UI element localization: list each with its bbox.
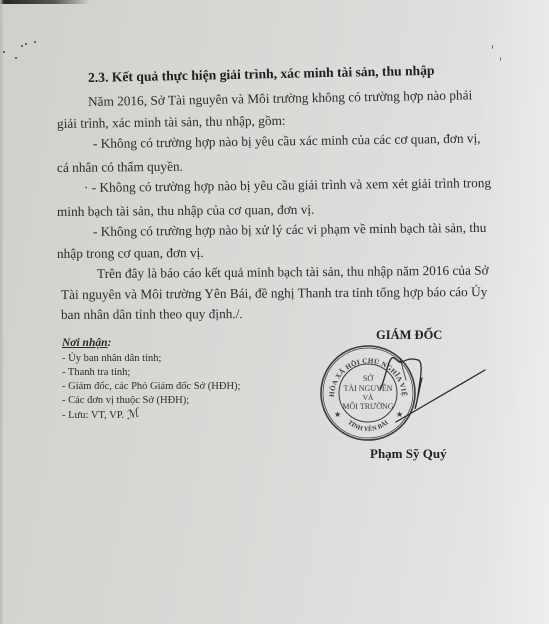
document-page: 2.3. Kết quả thực hiện giải trình, xác m… <box>0 0 549 624</box>
recipients-title: Nơi nhận: <box>62 337 111 349</box>
recipient-item: - Ủy ban nhân dân tỉnh; <box>62 352 161 365</box>
paper-speck <box>15 57 17 59</box>
paper-speck <box>3 51 5 53</box>
paragraph-2-line-1: - Không có trường hợp nào bị yêu cầu xác… <box>93 131 481 152</box>
paragraph-3-line-1: · - Không có trường hợp nào bị yêu cầu g… <box>84 175 491 196</box>
recipients-title-text: Nơi nhận <box>62 337 107 349</box>
svg-text:SỞ: SỞ <box>363 373 374 383</box>
recipient-item-text: - Các đơn vị thuộc Sở (HĐH); <box>62 395 189 406</box>
recipient-item: - Thanh tra tỉnh; <box>62 366 130 379</box>
section-heading: 2.3. Kết quả thực hiện giải trình, xác m… <box>88 63 435 86</box>
recipients-title-colon: : <box>107 337 111 349</box>
signer-title: GIÁM ĐỐC <box>376 328 442 343</box>
recipient-item: - Các đơn vị thuộc Sở (HĐH); <box>62 394 189 407</box>
paragraph-5-line-3: ban nhân dân tỉnh theo quy định./. <box>61 306 243 323</box>
paper-speck <box>492 45 493 49</box>
page-edge-shadow <box>0 0 90 4</box>
recipient-item-text: - Lưu: VT, VP. <box>62 410 124 421</box>
paper-speck <box>25 43 27 45</box>
page-left-edge <box>0 0 4 624</box>
initials-mark: ℳ <box>125 407 141 423</box>
paragraph-1-line-1: Năm 2016, Sở Tài nguyên và Môi trường kh… <box>88 87 473 110</box>
paragraph-2-line-2: cá nhân có thẩm quyền. <box>57 159 183 176</box>
recipient-item: - Giám đốc, các Phó Giám đốc Sở (HĐH); <box>62 380 240 393</box>
paragraph-4-line-1: - Không có trường hợp nào bị xử lý các v… <box>93 220 486 240</box>
svg-text:VÀ: VÀ <box>363 392 374 402</box>
paragraph-4-line-2: nhập trong cơ quan, đơn vị. <box>57 245 204 262</box>
recipient-item: - Lưu: VT, VP.ℳ <box>62 408 139 422</box>
page-fold-highlight <box>479 0 549 624</box>
paper-speck <box>21 45 23 47</box>
paper-speck <box>34 41 36 43</box>
paragraph-5-line-1: Trên đây là báo cáo kết quả minh bạch tà… <box>97 263 489 282</box>
signer-name: Phạm Sỹ Quý <box>370 446 447 462</box>
paragraph-3-line-2: minh bạch tài sản, thu nhập của cơ quan,… <box>57 202 315 220</box>
svg-text:★: ★ <box>334 410 341 419</box>
paragraph-5-line-2: Tài nguyên và Môi trường Yên Bái, đề ngh… <box>61 284 487 303</box>
paper-speck <box>500 57 501 61</box>
handwritten-signature-icon <box>380 350 490 425</box>
paragraph-1-line-2: giải trình, xác minh tài sản, thu nhập, … <box>57 113 286 132</box>
